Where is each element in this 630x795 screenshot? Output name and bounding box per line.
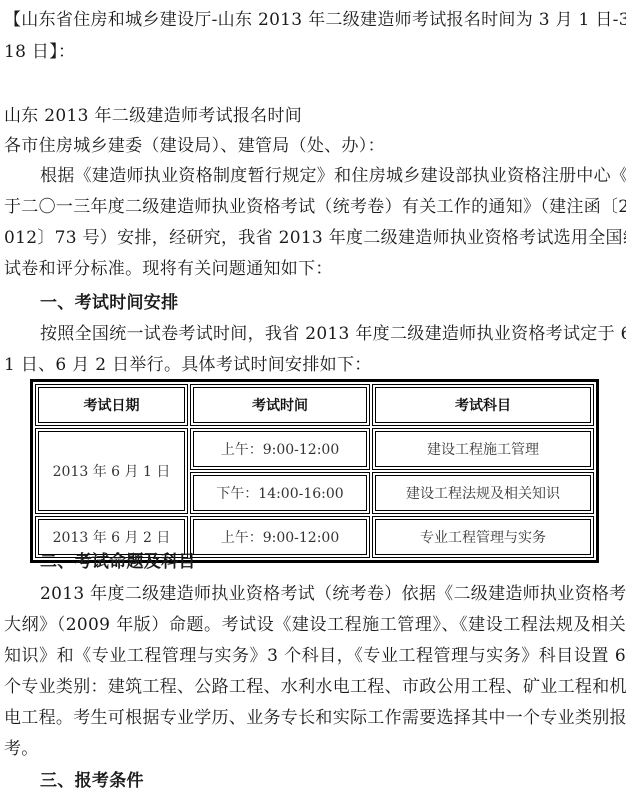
cell-time: 下午：14:00-16:00 xyxy=(190,472,370,514)
intro-line-3: 012〕73 号）安排，经研究，我省 2013 年度二级建造师执业资格考试选用全… xyxy=(4,224,626,252)
header-exam-date: 考试日期 xyxy=(35,384,188,426)
cell-time: 上午：9:00-12:00 xyxy=(190,428,370,470)
intro-line-1: 根据《建造师执业资格制度暂行规定》和住房城乡建设部执业资格注册中心《关 xyxy=(40,162,626,190)
section-3-heading: 三、报考条件 xyxy=(40,767,626,795)
section-2-line-4: 个专业类别：建筑工程、公路工程、水利水电工程、市政公用工程、矿业工程和机 xyxy=(4,673,626,701)
section-2-line-2: 大纲》（2009 年版）命题。考试设《建设工程施工管理》、《建设工程法规及相关 xyxy=(4,611,626,639)
intro-line-2: 于二〇一三年度二级建造师执业资格考试（统考卷）有关工作的通知》（建注函〔2 xyxy=(4,193,626,221)
intro-line-4: 试卷和评分标准。现将有关问题通知如下： xyxy=(4,255,626,283)
section-1-line-2: 1 日、6 月 2 日举行。具体考试时间安排如下： xyxy=(4,351,626,379)
section-1-line-1: 按照全国统一试卷考试时间，我省 2013 年度二级建造师执业资格考试定于 6 月 xyxy=(40,320,626,348)
section-2-line-3: 知识》和《专业工程管理与实务》3 个科目，《专业工程管理与实务》科目设置 6 xyxy=(4,642,626,670)
cell-subject: 建设工程法规及相关知识 xyxy=(372,472,594,514)
document-subtitle: 山东 2013 年二级建造师考试报名时间 xyxy=(4,102,626,130)
document-title-line-2: 18 日】： xyxy=(4,38,626,66)
cell-date: 2013 年 6 月 1 日 xyxy=(35,428,188,514)
table-row: 2013 年 6 月 1 日 上午：9:00-12:00 建设工程施工管理 xyxy=(35,428,594,470)
cell-subject: 建设工程施工管理 xyxy=(372,428,594,470)
section-2-line-5: 电工程。考生可根据专业学历、业务专长和实际工作需要选择其中一个专业类别报 xyxy=(4,704,626,732)
table-header-row: 考试日期 考试时间 考试科目 xyxy=(35,384,594,426)
document-title-line-1: 【山东省住房和城乡建设厅-山东 2013 年二级建造师考试报名时间为 3 月 1… xyxy=(4,6,626,34)
header-exam-time: 考试时间 xyxy=(190,384,370,426)
addressee: 各市住房城乡建委（建设局）、建管局（处、办）： xyxy=(4,132,626,160)
section-2-line-1: 2013 年度二级建造师执业资格考试（统考卷）依据《二级建造师执业资格考试 xyxy=(40,580,626,608)
section-2-heading: 二、考试命题及科目 xyxy=(40,548,626,576)
section-2-line-6: 考。 xyxy=(4,735,626,763)
section-1-heading: 一、考试时间安排 xyxy=(40,289,626,317)
header-exam-subject: 考试科目 xyxy=(372,384,594,426)
exam-schedule-table: 考试日期 考试时间 考试科目 2013 年 6 月 1 日 上午：9:00-12… xyxy=(30,379,599,563)
